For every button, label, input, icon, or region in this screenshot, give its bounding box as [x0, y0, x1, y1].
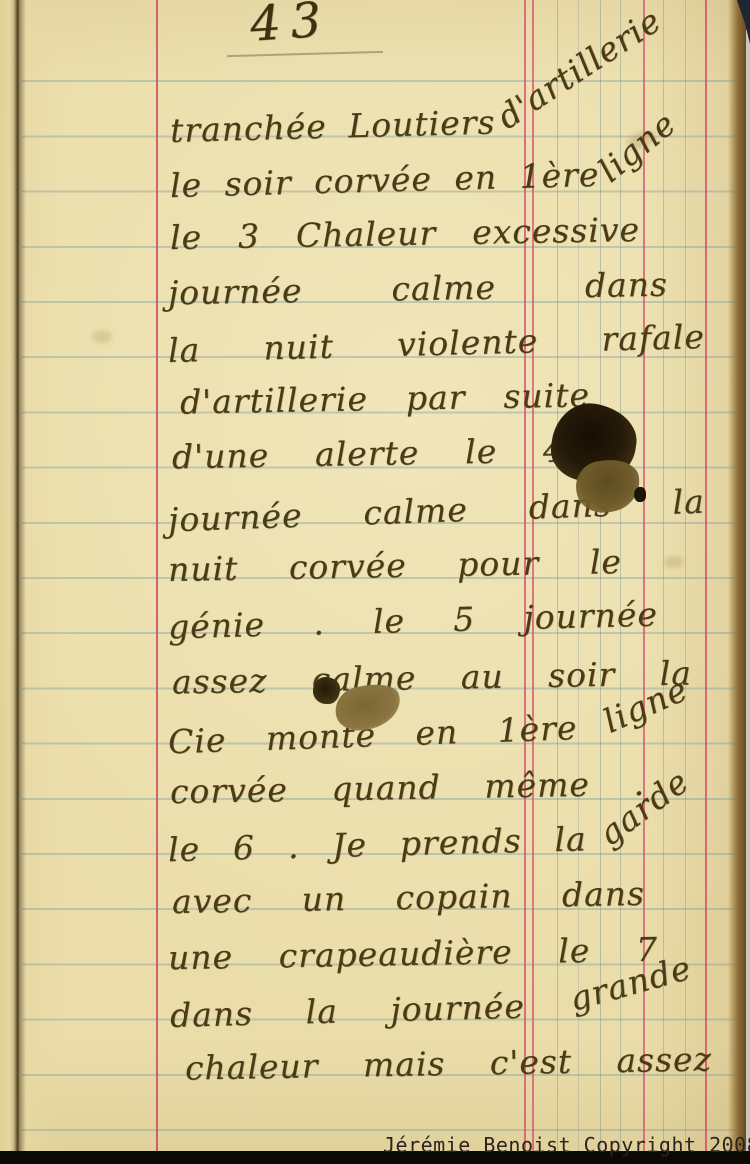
handwritten-line: d'unealertele4 — [172, 431, 566, 482]
handwritten-line: corvéequandmême. — [170, 764, 646, 816]
age-stain — [664, 556, 684, 568]
handwritten-word: alerte — [315, 433, 420, 479]
handwritten-word: . — [313, 603, 326, 647]
handwritten-word: tranchée — [170, 107, 328, 155]
page-number: 43 — [248, 0, 333, 53]
handwritten-word: la — [554, 819, 587, 864]
handwritten-word: journée — [390, 987, 526, 1035]
handwritten-word: génie — [168, 605, 266, 652]
handwritten-word: d'une — [172, 436, 270, 482]
handwritten-word: le — [465, 432, 498, 477]
handwritten-word: chaleur — [185, 1046, 319, 1092]
handwritten-word: le — [372, 601, 405, 646]
vertical-rule-red-margin — [156, 0, 158, 1151]
handwritten-word: 1ère — [519, 155, 600, 201]
ink-blot-small — [313, 677, 340, 704]
handwritten-word: copain — [395, 876, 513, 922]
handwritten-word: dans — [585, 265, 669, 310]
handwritten-word: la — [168, 330, 201, 375]
handwritten-line: d'artillerieparsuite — [180, 375, 591, 426]
handwritten-word: assez — [172, 661, 268, 707]
handwritten-word: même — [484, 765, 590, 811]
handwritten-word: 6 — [232, 828, 255, 873]
handwritten-word: le — [170, 218, 203, 263]
handwritten-word: corvée — [314, 159, 433, 206]
handwritten-word: rafale — [601, 317, 706, 364]
handwritten-word: c'est — [489, 1042, 572, 1087]
binding-crease — [10, 0, 26, 1164]
handwritten-word: avec — [172, 881, 253, 926]
handwritten-word: Cie — [167, 720, 227, 766]
handwritten-word: assez — [616, 1039, 712, 1085]
handwritten-word: Loutiers — [348, 102, 496, 150]
handwritten-word: d'artillerie — [180, 379, 369, 426]
handwritten-word: une — [168, 937, 234, 982]
handwritten-word: au — [460, 657, 504, 702]
handwritten-word: mais — [363, 1044, 446, 1089]
scan-background-sliver — [746, 30, 750, 1151]
handwritten-word: en — [415, 712, 459, 757]
handwritten-word: pour — [457, 543, 540, 588]
handwritten-word: un — [301, 879, 346, 924]
ink-blot-dot — [634, 487, 646, 502]
handwritten-word: . — [287, 827, 300, 871]
handwritten-word: le — [558, 931, 591, 976]
handwritten-word: corvée — [289, 546, 408, 592]
handwritten-word: 1ère — [497, 708, 578, 755]
handwritten-word: violente — [397, 321, 539, 369]
handwritten-word: soir — [548, 655, 616, 700]
handwritten-word: le — [589, 542, 622, 587]
handwritten-word: excessive — [472, 210, 640, 257]
handwritten-word: corvée — [170, 770, 289, 816]
handwritten-word: journée — [523, 595, 659, 643]
handwritten-word: dans — [562, 874, 646, 919]
handwritten-line: nuitcorvéepourle — [168, 542, 623, 594]
handwritten-line: chaleurmaisc'estassez — [185, 1039, 713, 1092]
handwritten-word: nuit — [263, 327, 334, 373]
handwritten-word: journée — [167, 496, 303, 545]
handwritten-line: le3Chaleurexcessive — [170, 210, 641, 262]
handwritten-word: par — [406, 378, 466, 423]
handwritten-word: calme — [363, 490, 469, 538]
handwritten-word: 3 — [238, 217, 261, 261]
handwritten-word: en — [454, 158, 498, 203]
handwritten-word: calme — [391, 268, 496, 314]
handwritten-word: le — [168, 829, 201, 874]
handwritten-word: Chaleur — [296, 213, 437, 259]
handwritten-word: nuit — [168, 549, 239, 594]
handwritten-line: avecuncopaindans — [172, 874, 646, 926]
copyright-watermark: Jérémie Benoist Copyright 2008 — [383, 1133, 750, 1157]
age-stain — [92, 330, 112, 343]
handwritten-word: soir — [224, 163, 292, 209]
handwritten-word: quand — [331, 767, 441, 813]
handwritten-word: prends — [399, 821, 522, 868]
handwritten-line: journéecalmedans — [168, 265, 669, 318]
handwritten-word: dans — [170, 994, 254, 1040]
scanned-notebook-page: 43 tranchéeLoutiersd'artillerielesoircor… — [0, 0, 750, 1164]
handwritten-word: la — [305, 992, 338, 1037]
handwritten-word: la — [672, 482, 706, 527]
handwritten-word: 5 — [453, 599, 476, 644]
handwritten-word: journée — [168, 271, 303, 317]
handwritten-word: le — [170, 165, 203, 210]
handwritten-word: crapeaudière — [278, 932, 513, 980]
handwritten-word: Je — [332, 825, 368, 870]
